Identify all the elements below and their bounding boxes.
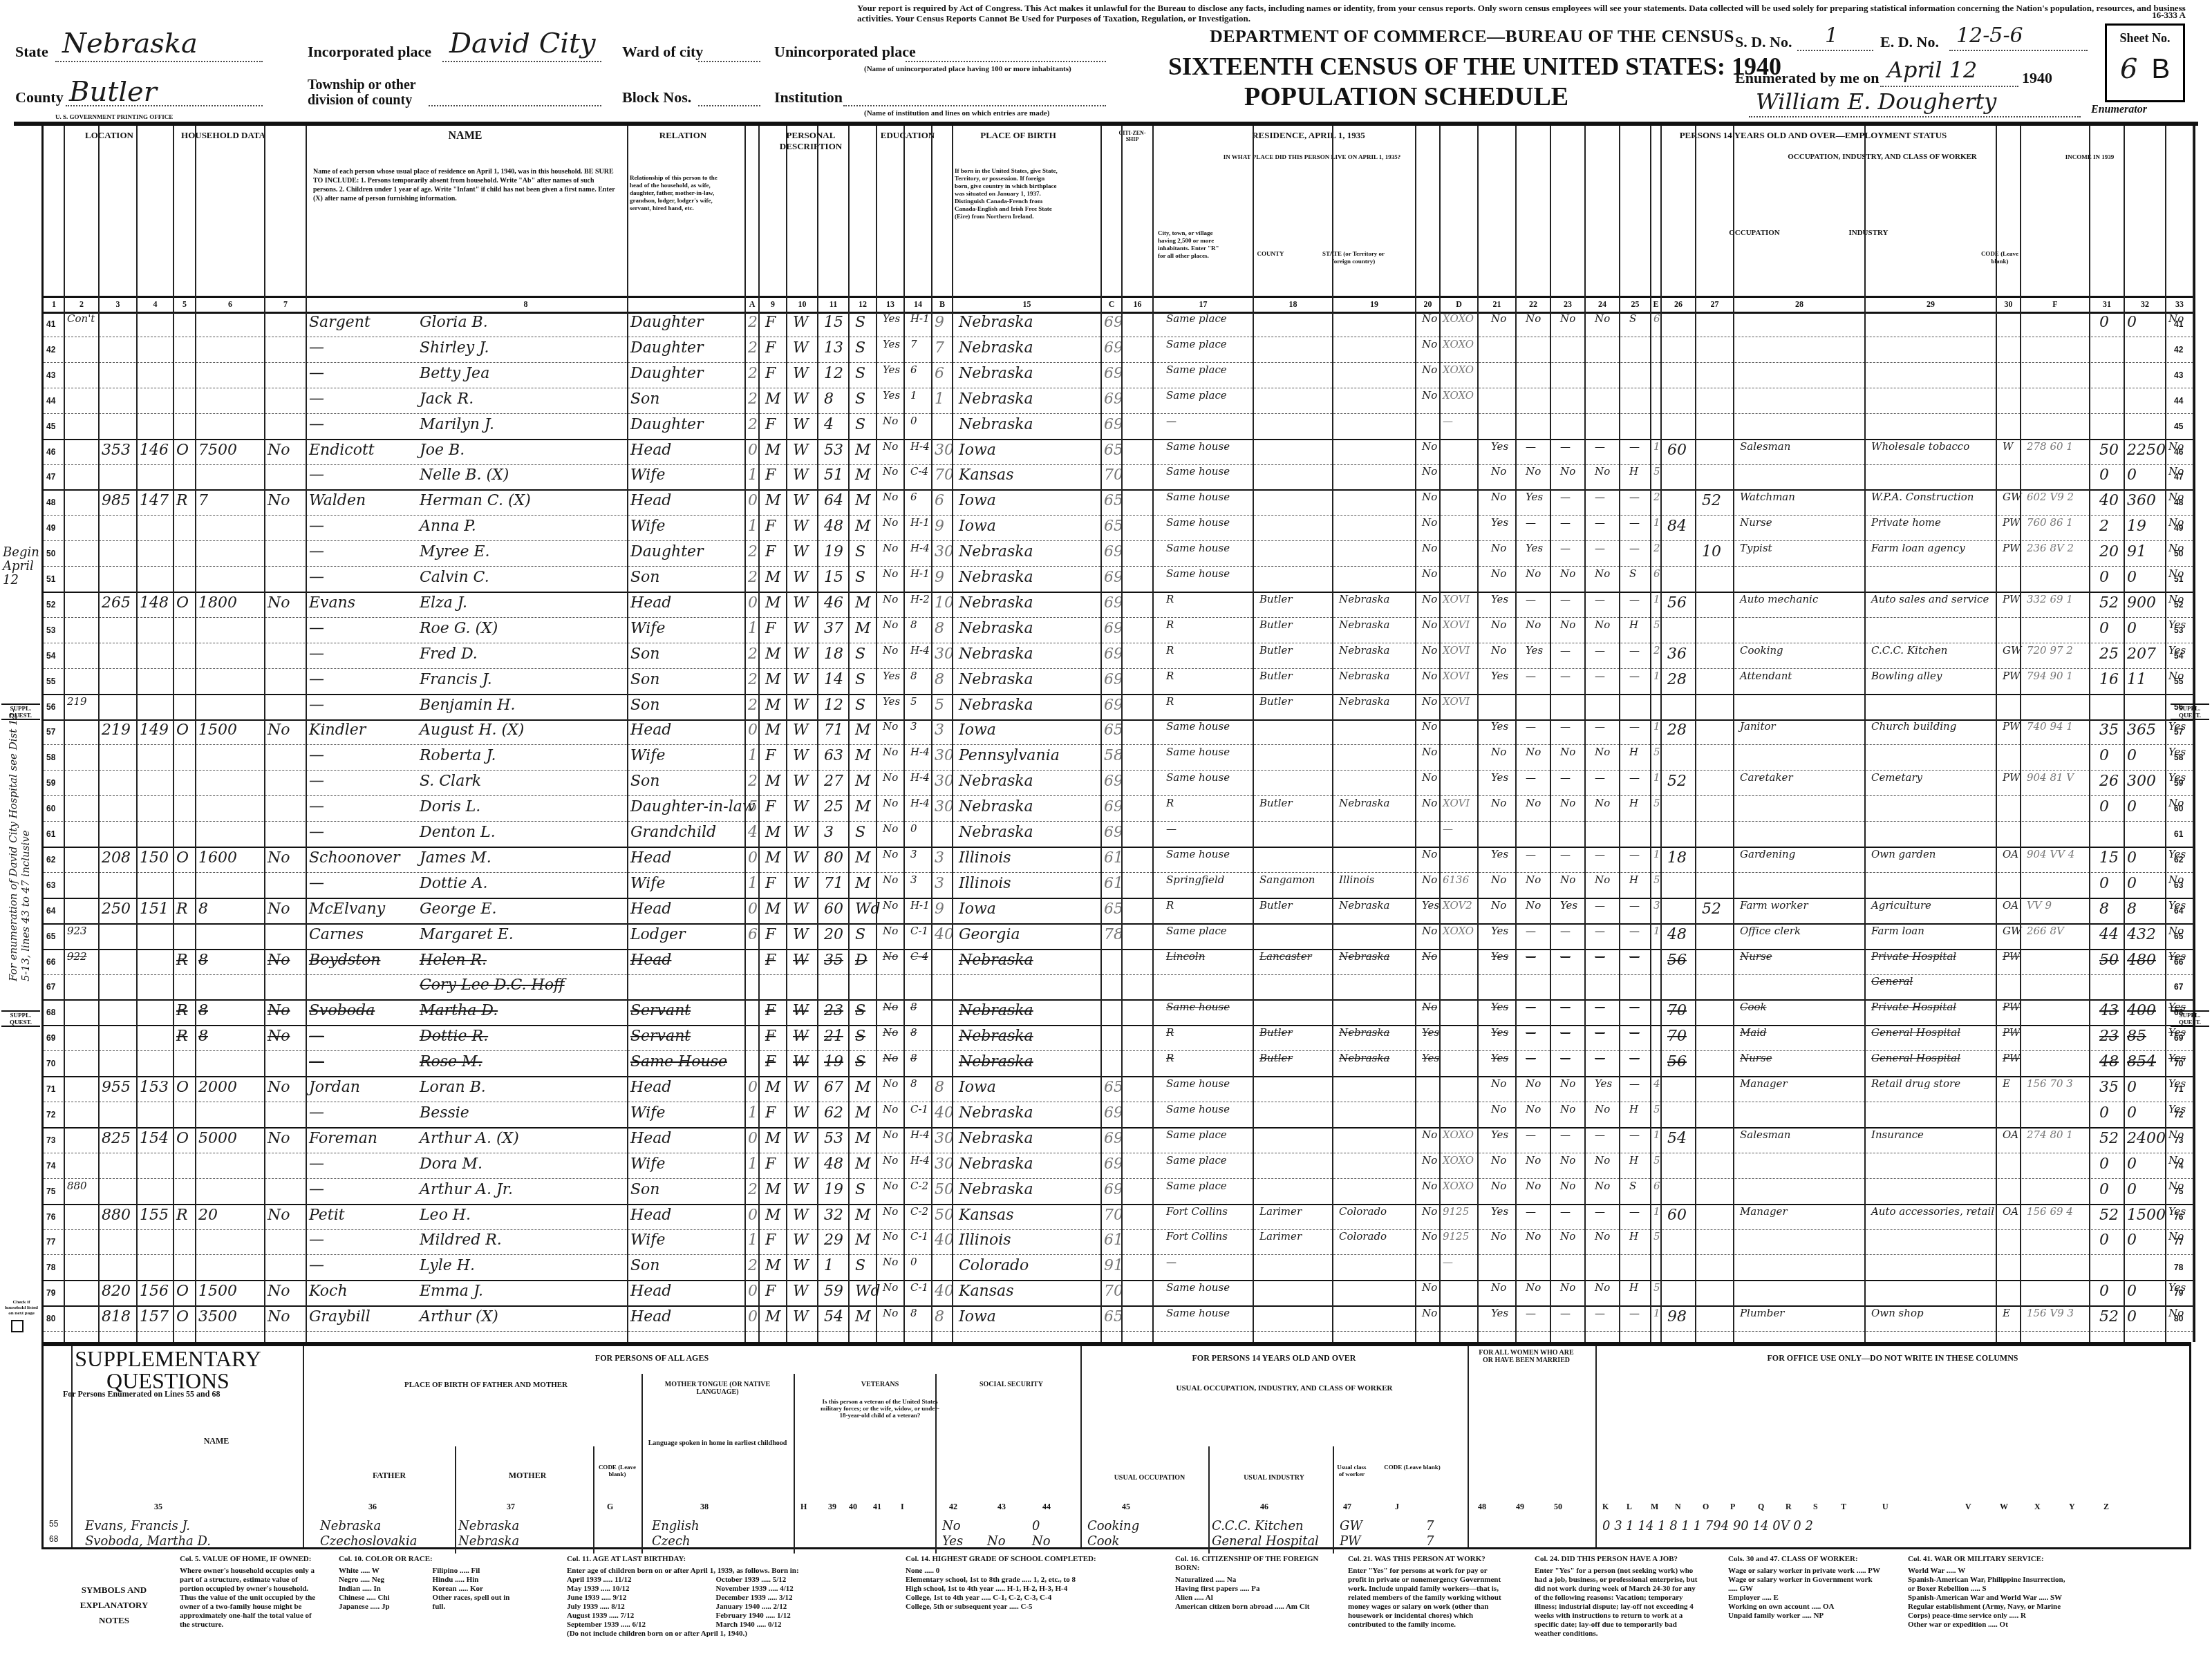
note-col24: Col. 24. DID THIS PERSON HAVE A JOB? Ent… xyxy=(1535,1555,1700,1639)
social-security-header: SOCIAL SECURITY xyxy=(942,1381,1080,1388)
supplementary-column-number: 50 xyxy=(1554,1502,1562,1512)
class-of-worker-cell: PW xyxy=(2003,671,2021,681)
line-number-right: 54 xyxy=(2174,651,2183,661)
residence-city-cell: R xyxy=(1166,645,1174,656)
public-work-cell: No xyxy=(1526,1283,1541,1293)
table-row[interactable]: 71955153O2000NoJordanLoran B.Head0MW67MN… xyxy=(44,1077,2193,1102)
line-number-right: 80 xyxy=(2174,1314,2183,1323)
line-number: 62 xyxy=(46,855,55,865)
table-row[interactable]: 65923CarnesMargaret E.Lodger6FW20SNoC-14… xyxy=(44,925,2193,950)
age-cell: 54 xyxy=(824,1308,843,1325)
incorporated-place-label: Incorporated place xyxy=(308,43,431,61)
farm-1935-cell: No xyxy=(1422,798,1437,809)
women-header: FOR ALL WOMEN WHO ARE OR HAVE BEEN MARRI… xyxy=(1474,1349,1578,1364)
residence-city-cell: Same place xyxy=(1166,1155,1227,1166)
had-job-cell: — xyxy=(1595,1053,1605,1064)
divider xyxy=(1333,1446,1334,1554)
line-number: 49 xyxy=(46,523,55,533)
house-number-cell: 985 xyxy=(102,492,131,509)
department-title: DEPARTMENT OF COMMERCE—BUREAU OF THE CEN… xyxy=(1210,26,1734,47)
school-attendance-cell: No xyxy=(883,900,898,911)
note-item: Having first papers ..... Pa xyxy=(1175,1585,1327,1594)
supplementary-column-number: 36 xyxy=(368,1502,377,1512)
code-a-cell: 1 xyxy=(748,518,758,535)
residence-city-cell: Fort Collins xyxy=(1166,1231,1228,1242)
sex-cell: M xyxy=(765,1079,781,1096)
wages-cell: 207 xyxy=(2127,645,2156,663)
school-attendance-cell: No xyxy=(883,1231,898,1242)
code-d-cell: XOVI xyxy=(1443,620,1470,630)
line-number-right: 77 xyxy=(2174,1237,2183,1247)
code-f-cell: 236 8V 2 xyxy=(2027,543,2074,554)
industry-cell: Bowling alley xyxy=(1871,671,1942,681)
marital-status-cell: M xyxy=(855,1130,871,1147)
birthplace-cell: Nebraska xyxy=(959,1002,1033,1019)
column-divider xyxy=(1619,126,1620,1342)
residence-city-cell: Same house xyxy=(1166,492,1230,502)
wages-cell: 432 xyxy=(2127,926,2156,943)
table-row[interactable]: 64250151R8NoMcElvanyGeorge E.Head0MW60Wd… xyxy=(44,899,2193,925)
supplementary-column-number: L xyxy=(1627,1502,1632,1512)
weeks-worked-cell: 48 xyxy=(2099,1053,2119,1070)
had-job-cell: No xyxy=(1595,1155,1610,1166)
code-b-cell: 30 xyxy=(935,1130,954,1147)
column-divider xyxy=(817,126,818,1342)
sex-cell: F xyxy=(765,518,776,535)
given-name-cell: Arthur (X) xyxy=(420,1308,498,1325)
age-cell: 60 xyxy=(824,900,843,918)
table-row[interactable]: 55—Francis J.Son2MW14SYes88Nebraska69RBu… xyxy=(44,670,2193,695)
residence-city-cell: Lincoln xyxy=(1166,952,1205,962)
given-name-cell: Benjamin H. xyxy=(420,697,516,714)
surname-cell: — xyxy=(309,697,324,714)
sex-cell: M xyxy=(765,594,781,612)
grade-cell: C-4 xyxy=(910,466,928,477)
owned-rented-cell: O xyxy=(176,1130,189,1147)
code-f-cell: 156 69 4 xyxy=(2027,1207,2073,1217)
table-row[interactable]: 58—Roberta J.Wife1FW63MNoH-430Pennsylvan… xyxy=(44,746,2193,771)
code-b-cell: 1 xyxy=(935,390,944,408)
race-cell: W xyxy=(793,849,809,867)
residence-city-cell: Same house xyxy=(1166,773,1230,783)
hours-worked-cell: 28 xyxy=(1667,671,1687,688)
code-d-cell: XOV2 xyxy=(1443,900,1472,911)
grade-cell: H-1 xyxy=(910,900,930,911)
had-job-cell: No xyxy=(1595,875,1610,885)
code-d-cell: XOVI xyxy=(1443,645,1470,656)
line-number: 77 xyxy=(46,1237,55,1247)
table-row[interactable]: 69R8No—Dottie R.ServantFW21SNo8NebraskaR… xyxy=(44,1026,2193,1051)
table-row[interactable]: 47—Nelle B. (X)Wife1FW51MNoC-470Kansas70… xyxy=(44,465,2193,491)
code-c-cell: 61 xyxy=(1104,875,1123,892)
column-divider xyxy=(2193,126,2194,1342)
school-attendance-cell: No xyxy=(883,1028,898,1038)
surname-cell: Svoboda xyxy=(309,1002,375,1019)
line-number-right: 51 xyxy=(2174,574,2183,584)
ed-line xyxy=(1949,50,2088,51)
table-row[interactable]: 56219—Benjamin H.Son2MW12SYes55Nebraska6… xyxy=(44,695,2193,721)
relation-cell: Wife xyxy=(630,1155,665,1173)
table-row[interactable]: 54—Fred D.Son2MW18SNoH-430Nebraska69RBut… xyxy=(44,644,2193,669)
sex-cell: F xyxy=(765,1104,776,1122)
state-value: Nebraska xyxy=(62,28,198,59)
weeks-worked-cell: 15 xyxy=(2099,849,2119,867)
table-row[interactable]: 74—Dora M.Wife1FW48MNoH-430Nebraska69Sam… xyxy=(44,1154,2193,1179)
at-work-cell: Yes xyxy=(1491,1207,1508,1217)
code-b-cell: 8 xyxy=(935,671,944,688)
code-e-cell: 1 xyxy=(1653,518,1660,528)
relation-cell: Daughter xyxy=(630,339,704,357)
street-cell: Con't xyxy=(67,314,95,324)
code-e-cell: 5 xyxy=(1653,1231,1660,1242)
activity-cell: — xyxy=(1629,1002,1640,1012)
table-row[interactable]: 53—Roe G. (X)Wife1FW37MNo88Nebraska69RBu… xyxy=(44,618,2193,643)
weeks-worked-cell: 0 xyxy=(2099,1155,2109,1173)
line-number: 53 xyxy=(46,625,55,635)
class-of-worker-cell: PW xyxy=(2003,518,2021,528)
weeks-worked-cell: 40 xyxy=(2099,492,2119,509)
occupation-cell: Cooking xyxy=(1740,645,1783,656)
grade-cell: 6 xyxy=(910,492,917,502)
grade-cell: 3 xyxy=(910,849,917,860)
marital-status-cell: S xyxy=(855,390,865,408)
weeks-worked-cell: 44 xyxy=(2099,926,2119,943)
table-row[interactable]: 77—Mildred R.Wife1FW29MNoC-140Illinois61… xyxy=(44,1230,2193,1255)
industry-cell: Agriculture xyxy=(1871,900,1931,911)
race-cell: W xyxy=(793,1283,809,1300)
marital-status-cell: M xyxy=(855,1155,871,1173)
table-row[interactable]: 68R8NoSvobodaMartha D.ServantFW23SNo8Neb… xyxy=(44,1001,2193,1026)
table-row[interactable]: 52265148O1800NoEvansElza J.Head0MW46MNoH… xyxy=(44,593,2193,618)
house-number-cell: 955 xyxy=(102,1079,131,1096)
surname-cell: — xyxy=(309,747,324,764)
code-f-cell: 794 90 1 xyxy=(2027,671,2073,681)
public-work-cell: No xyxy=(1526,314,1541,324)
note-item: College, 1st to 4th year ..... C-1, C-2,… xyxy=(906,1594,1134,1603)
marital-status-cell: M xyxy=(855,1104,871,1122)
grade-cell: H-4 xyxy=(910,747,930,757)
weeks-worked-cell: 52 xyxy=(2099,1308,2119,1325)
wages-cell: 0 xyxy=(2127,1231,2137,1249)
code-a-cell: 2 xyxy=(748,1181,758,1198)
table-row[interactable]: 43—Betty JeaDaughter2FW12SYes66Nebraska6… xyxy=(44,363,2193,388)
public-work-cell: No xyxy=(1526,1231,1541,1242)
residence-city-cell: Same house xyxy=(1166,1104,1230,1115)
residence-county-cell: Butler xyxy=(1259,671,1293,681)
grade-cell: 8 xyxy=(910,1053,917,1064)
at-work-cell: No xyxy=(1491,620,1506,630)
owned-rented-cell: O xyxy=(176,849,189,867)
residence-city-cell: Same place xyxy=(1166,1130,1227,1140)
occupation-cell: Gardening xyxy=(1740,849,1795,860)
relation-cell: Head xyxy=(630,1283,671,1300)
residence-city-cell: — xyxy=(1166,416,1177,426)
table-row[interactable]: 73825154O5000NoForemanArthur A. (X)Head0… xyxy=(44,1129,2193,1153)
table-row[interactable]: 76880155R20NoPetitLeo H.Head0MW32MNoC-25… xyxy=(44,1205,2193,1230)
weeks-unemployed-cell: 10 xyxy=(1702,543,1721,560)
birthplace-cell: Nebraska xyxy=(959,594,1033,612)
note-col11: Col. 11. AGE AT LAST BIRTHDAY: Enter age… xyxy=(567,1555,857,1639)
birthplace-cell: Nebraska xyxy=(959,798,1033,815)
table-row[interactable]: 45—Marilyn J.Daughter2FW4SNo0Nebraska69—… xyxy=(44,415,2193,440)
residence-city-cell: — xyxy=(1166,824,1177,834)
code-d-cell: XOVI xyxy=(1443,594,1470,605)
unincorporated-line xyxy=(906,61,1106,62)
residence-state-cell: Nebraska xyxy=(1339,645,1389,656)
table-row[interactable]: 79820156O1500NoKochEmma J.Head0FW59WdNoC… xyxy=(44,1281,2193,1307)
table-row[interactable]: 59—S. ClarkSon2MW27MNoH-430Nebraska69Sam… xyxy=(44,771,2193,796)
had-job-cell: — xyxy=(1595,773,1605,783)
table-row[interactable]: 46353146O7500NoEndicottJoe B.Head0MW53MN… xyxy=(44,440,2193,465)
supplementary-column-number: 40 xyxy=(849,1502,857,1512)
sex-cell: M xyxy=(765,671,781,688)
surname-cell: — xyxy=(309,543,324,560)
table-row[interactable]: 42—Shirley J.Daughter2FW13SYes77Nebraska… xyxy=(44,338,2193,363)
given-name-cell: Gloria B. xyxy=(420,314,488,331)
seeking-work-cell: No xyxy=(1560,1231,1575,1242)
at-work-cell: No xyxy=(1491,1104,1506,1115)
code-b-cell: 3 xyxy=(935,875,944,892)
code-e-cell: 1 xyxy=(1653,849,1660,860)
suppl-usual-occupation: Cooking xyxy=(1087,1519,1139,1533)
seeking-work-cell: — xyxy=(1560,1053,1571,1064)
sex-cell: M xyxy=(765,849,781,867)
class-of-worker-list: Wage or salary worker in private work ..… xyxy=(1728,1567,1880,1621)
line-number: 43 xyxy=(46,370,55,380)
column-divider xyxy=(1253,126,1254,1342)
public-work-cell: No xyxy=(1526,466,1541,477)
relation-cell: Son xyxy=(630,645,660,663)
industry-cell: Private home xyxy=(1871,518,1941,528)
group-employment: PERSONS 14 YEARS OLD AND OVER—EMPLOYMENT… xyxy=(1468,130,2159,141)
code-b-cell: 9 xyxy=(935,900,944,918)
race-cell: W xyxy=(793,926,809,943)
farm-1935-cell: No xyxy=(1422,671,1437,681)
table-row[interactable]: 44—Jack R.Son2MW8SYes11Nebraska69Same pl… xyxy=(44,389,2193,414)
had-job-cell: No xyxy=(1595,620,1610,630)
note-col10: Col. 10. COLOR OR RACE: White ..... WNeg… xyxy=(339,1555,518,1612)
weeks-worked-cell: 0 xyxy=(2099,798,2109,815)
table-row[interactable]: 57219149O1500NoKindlerAugust H. (X)Head0… xyxy=(44,720,2193,745)
table-row[interactable]: 72—BessieWife1FW62MNoC-140Nebraska69Same… xyxy=(44,1103,2193,1129)
class-of-worker-cell: GW xyxy=(2003,492,2021,502)
had-job-cell: No xyxy=(1595,1181,1610,1191)
code-f-cell: 266 8V xyxy=(2027,926,2064,936)
sex-cell: F xyxy=(765,314,776,331)
grade-cell: 8 xyxy=(910,1002,917,1012)
table-row[interactable]: 67Cory Lee D.C. HoffGeneral67 xyxy=(44,975,2193,1001)
code-b-cell: 30 xyxy=(935,645,954,663)
table-row[interactable]: 60—Doris L.Daughter-in-law5FW25MNoH-430N… xyxy=(44,797,2193,822)
supplementary-column-number: Y xyxy=(2069,1502,2075,1512)
given-name-cell: Lyle H. xyxy=(420,1257,475,1274)
code-c-cell: 61 xyxy=(1104,849,1123,867)
residence-city-cell: Same place xyxy=(1166,314,1227,324)
farm-1935-cell: No xyxy=(1422,1283,1437,1293)
supplementary-column-number: G xyxy=(607,1502,613,1512)
residence-state-cell: Illinois xyxy=(1339,875,1375,885)
farm-1935-cell: No xyxy=(1422,1308,1437,1319)
public-work-cell: — xyxy=(1526,1053,1536,1064)
at-work-cell: No xyxy=(1491,569,1506,579)
public-work-cell: No xyxy=(1526,569,1541,579)
relation-cell: Same House xyxy=(630,1053,727,1070)
divider xyxy=(71,1346,73,1547)
school-attendance-cell: No xyxy=(883,1207,898,1217)
table-row[interactable]: 75880—Arthur A. Jr.Son2MW19SNoC-250Nebra… xyxy=(44,1180,2193,1205)
supplementary-column-number: K xyxy=(1602,1502,1609,1512)
code-d-cell: — xyxy=(1443,416,1453,426)
suppl-mother-tongue: English xyxy=(652,1519,700,1533)
farm-residence-cell: No xyxy=(268,1028,290,1045)
class-of-worker-cell: W xyxy=(2003,442,2013,452)
at-work-cell: No xyxy=(1491,875,1506,885)
seeking-work-cell: No xyxy=(1560,1155,1575,1166)
marital-status-cell: M xyxy=(855,773,871,790)
activity-cell: S xyxy=(1629,1181,1636,1191)
code-c-cell: 91 xyxy=(1104,1257,1123,1274)
farm-1935-cell: Yes xyxy=(1422,1028,1439,1038)
table-row[interactable]: 63—Dottie A.Wife1FW71MNo33Illinois61Spri… xyxy=(44,874,2193,899)
note-item: July 1939 ..... 8/12 xyxy=(567,1603,709,1612)
suppl-ss-wages: 0 xyxy=(1032,1519,1040,1533)
birthplace-cell: Nebraska xyxy=(959,697,1033,714)
home-value-cell: 2000 xyxy=(198,1079,237,1096)
check-next-page-box[interactable] xyxy=(11,1320,24,1332)
table-row[interactable]: 66922R8NoBoydstonHelen R.HeadFW35DNoC-4N… xyxy=(44,950,2193,975)
grade-cell: 6 xyxy=(910,365,917,375)
code-c-cell: 65 xyxy=(1104,900,1123,918)
relation-cell: Son xyxy=(630,390,660,408)
sd-value: 1 xyxy=(1825,23,1838,48)
column-number: 6 xyxy=(196,299,265,310)
residence-state-cell: Nebraska xyxy=(1339,1028,1389,1038)
line-number: 79 xyxy=(46,1288,55,1298)
enumerator-signature: William E. Dougherty xyxy=(1756,88,1996,115)
group-location: LOCATION xyxy=(82,130,137,141)
code-e-cell: 6 xyxy=(1653,1181,1660,1191)
hours-worked-cell: 70 xyxy=(1667,1002,1687,1019)
table-row[interactable]: 78—Lyle H.Son2MW1SNo0Colorado91——78 xyxy=(44,1256,2193,1281)
surname-cell: Schoonover xyxy=(309,849,400,867)
seeking-work-cell: — xyxy=(1560,1028,1571,1038)
sex-cell: F xyxy=(765,1283,776,1300)
residence-county-cell: Lancaster xyxy=(1259,952,1312,962)
code-e-cell: 1 xyxy=(1653,594,1660,605)
weeks-worked-cell: 8 xyxy=(2099,900,2109,918)
office-use-header: FOR OFFICE USE ONLY—DO NOT WRITE IN THES… xyxy=(1599,1353,2186,1363)
residence-state-cell: Colorado xyxy=(1339,1207,1387,1217)
wages-cell: 0 xyxy=(2127,620,2137,637)
institution-note: (Name of institution and lines on which … xyxy=(864,109,1049,117)
column-divider xyxy=(173,126,174,1342)
seeking-work-cell: No xyxy=(1560,620,1575,630)
age-cell: 4 xyxy=(824,416,834,433)
note-item: Naturalized ..... Na xyxy=(1175,1576,1327,1585)
surname-cell: — xyxy=(309,875,324,892)
table-row[interactable]: 80818157O3500NoGraybillArthur (X)Head0MW… xyxy=(44,1307,2193,1332)
code-b-cell: 40 xyxy=(935,1231,954,1249)
grade-cell: 8 xyxy=(910,1028,917,1038)
column-divider xyxy=(2020,126,2021,1342)
column-number: 14 xyxy=(904,299,932,310)
activity-cell: S xyxy=(1629,314,1636,324)
table-row[interactable]: 51—Calvin C.Son2MW15SNoH-19Nebraska69Sam… xyxy=(44,567,2193,593)
code-d-cell: XOVI xyxy=(1443,697,1470,707)
at-work-cell: Yes xyxy=(1491,671,1508,681)
note-col11-foot: (Do not include children born on or afte… xyxy=(567,1630,747,1638)
sex-cell: M xyxy=(765,773,781,790)
group-relation: RELATION xyxy=(624,130,742,141)
birthplace-cell: Nebraska xyxy=(959,543,1033,560)
relation-cell: Head xyxy=(630,1079,671,1096)
ward-line xyxy=(698,61,760,62)
relation-cell: Wife xyxy=(630,1104,665,1122)
industry-cell: General xyxy=(1871,976,1913,987)
had-job-cell: — xyxy=(1595,671,1605,681)
note-item: May 1939 ..... 10/12 xyxy=(567,1585,709,1594)
institution-label: Institution xyxy=(774,88,843,106)
home-value-cell: 20 xyxy=(198,1207,218,1224)
table-row[interactable]: 61—Denton L.Grandchild4MW3SNo0Nebraska69… xyxy=(44,822,2193,848)
table-row[interactable]: 50—Myree E.Daughter2FW19SNoH-430Nebraska… xyxy=(44,542,2193,567)
relation-cell: Wife xyxy=(630,466,665,484)
code-a-cell: 1 xyxy=(748,747,758,764)
column-number: 30 xyxy=(1996,299,2021,310)
table-row[interactable]: 48985147R7NoWaldenHerman C. (X)Head0MW64… xyxy=(44,491,2193,516)
class-of-worker-cell: OA xyxy=(2003,849,2018,860)
column-number: 2 xyxy=(64,299,99,310)
column-number: 33 xyxy=(2166,299,2193,310)
supplementary-column-number: 45 xyxy=(1122,1502,1130,1512)
column-divider xyxy=(1660,126,1662,1342)
occupation-cell: Watchman xyxy=(1740,492,1795,502)
marital-status-cell: D xyxy=(855,952,868,969)
birthplace-cell: Nebraska xyxy=(959,1053,1033,1070)
wages-cell: 365 xyxy=(2127,721,2156,739)
wages-cell: 19 xyxy=(2127,518,2146,535)
street-cell: 923 xyxy=(67,926,87,936)
sheet-side: B xyxy=(2151,54,2170,84)
activity-cell: S xyxy=(1629,569,1636,579)
farm-1935-cell: No xyxy=(1422,442,1437,452)
line-number-right: 59 xyxy=(2174,778,2183,788)
table-row[interactable]: 49—Anna P.Wife1FW48MNoH-19Iowa65Same hou… xyxy=(44,516,2193,541)
suppl-ss-wages: No xyxy=(1032,1534,1051,1549)
grade-code-list: None ..... 0Elementary school, 1st to 8t… xyxy=(906,1567,1134,1612)
age-cell: 20 xyxy=(824,926,843,943)
table-row[interactable]: 70—Rose M.Same HouseFW19SNo8NebraskaRBut… xyxy=(44,1052,2193,1077)
surname-cell: — xyxy=(309,824,324,841)
hours-worked-cell: 56 xyxy=(1667,594,1687,612)
code-a-cell: 2 xyxy=(748,390,758,408)
farm-1935-cell: No xyxy=(1422,518,1437,528)
note-item: Chinese ..... Chi xyxy=(339,1594,425,1603)
residence-city-cell: Springfield xyxy=(1166,875,1224,885)
code-b-cell: 5 xyxy=(935,697,944,714)
class-of-worker-cell: PW xyxy=(2003,543,2021,554)
marital-status-cell: S xyxy=(855,339,865,357)
table-row[interactable]: 41Con'tSargentGloria B.Daughter2FW15SYes… xyxy=(44,312,2193,337)
industry-cell: C.C.C. Kitchen xyxy=(1871,645,1948,656)
occupation-cell: Caretaker xyxy=(1740,773,1793,783)
supplementary-column-number: 41 xyxy=(873,1502,881,1512)
line-number-right: 52 xyxy=(2174,600,2183,610)
line-number-right: 48 xyxy=(2174,498,2183,507)
table-row[interactable]: 62208150O1600NoSchoonoverJames M.Head0MW… xyxy=(44,848,2193,873)
code-e-cell: 1 xyxy=(1653,671,1660,681)
age-cell: 19 xyxy=(824,1181,843,1198)
